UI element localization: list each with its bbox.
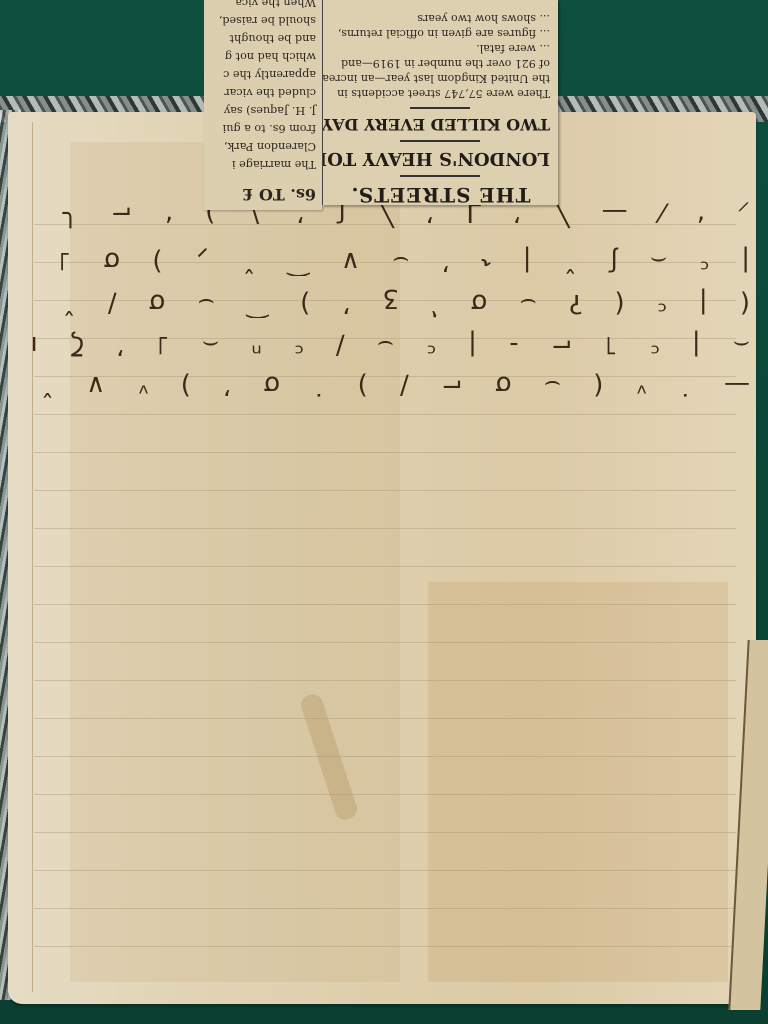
clipping-narrow-line: Clarendon Park, <box>210 137 316 155</box>
clipping-narrow-line: J. H. Jaques) say <box>210 101 316 119</box>
newspaper-clipping-main: THE STREETS. LONDON'S HEAVY TOLL. TWO KI… <box>322 0 558 205</box>
ruled-line <box>34 756 736 757</box>
shorthand-line-3: ( | ᶜ ( ʔ ⌣ σ ʽ ʒ ʼ ) ⁀ ⌣ σ ∕ ˇ | ˞ ( ∕ <box>30 284 750 318</box>
clipping-narrow-line: apparently the c <box>210 65 316 83</box>
headline-rule <box>401 175 481 177</box>
shorthand-line-5: — ˙ ᵛ ( ⌣ σ ⌐ / ) ˙ σ ʼ ) ᵛ ∨ ˇ ┐ ⌣ <box>30 366 750 400</box>
clipping-narrow-line: The marriage i <box>210 155 316 173</box>
clipping-headline-heavy-toll: LONDON'S HEAVY TOLL. <box>331 148 550 169</box>
ruled-line <box>34 680 736 681</box>
ruled-line <box>34 452 736 453</box>
ruled-line <box>34 908 736 909</box>
ruled-line <box>34 946 736 947</box>
clipping-narrow-line: should be raised, <box>210 11 316 29</box>
headline-rule <box>401 140 481 142</box>
ruled-line <box>34 718 736 719</box>
ruled-line <box>34 870 736 871</box>
shorthand-line-4: ⌢ | ᶜ ˥ ⌐ ‐ | ᶜ ⌣ / ᶜ ⁿ ⌢ ˩ ʼ ζ ı ∕ <box>30 326 750 360</box>
headline-rule <box>411 107 471 109</box>
clipping-narrow-line: and be thought <box>210 29 316 47</box>
clipping-body-line: of 921 over the number in 1919—and <box>331 56 550 71</box>
clipping-narrow-line: from 6s. to a gui <box>210 119 316 137</box>
clipping-narrow-headline: 6s. TO £ <box>210 185 316 204</box>
clipping-narrow-line: which had not g <box>210 47 316 65</box>
clipping-headline-killed-every-day: TWO KILLED EVERY DAY. <box>331 115 550 134</box>
clipping-body-line: There were 57,747 street accidents in <box>331 86 550 101</box>
clipping-body-line: ... shows how two years <box>331 11 550 26</box>
ruled-line <box>34 604 736 605</box>
ruled-line <box>34 832 736 833</box>
clipping-body-line: the United Kingdom last year—an increase <box>331 71 550 86</box>
clipping-narrow-line: When the vica <box>210 0 316 11</box>
clipping-body-line: ... figures are given in official return… <box>331 26 550 41</box>
ruled-line <box>34 794 736 795</box>
ruled-line <box>34 642 736 643</box>
clipping-headline-streets: THE STREETS. <box>331 183 550 205</box>
ruled-line <box>34 490 736 491</box>
clipping-body-line: ... were fatal. <box>331 41 550 56</box>
ruled-line <box>34 566 736 567</box>
newspaper-clipping-narrow: 6s. TO £ The marriage i Clarendon Park, … <box>204 0 322 210</box>
ruled-line <box>34 528 736 529</box>
ruled-line <box>34 414 736 415</box>
clipping-narrow-line: cluded the vicar <box>210 83 316 101</box>
shorthand-line-2: | ᶜ ⌢ ʃ ˇ | ˞ ʼ ⌣ ∨ ⁀ ˇ ⸝ ) σ ˩ ˩ ⌢ ⁀ γ <box>30 242 750 276</box>
